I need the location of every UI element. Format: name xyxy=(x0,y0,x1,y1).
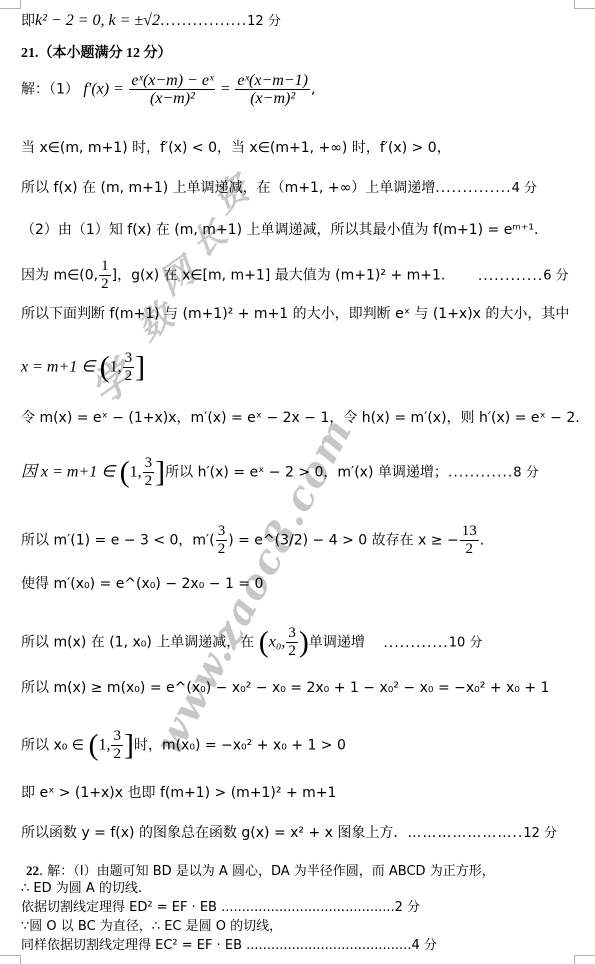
text: . 解：（Ⅰ）由题可知 BD 是以为 A 圆心，DA 为半径作圆，而 ABCD … xyxy=(39,864,495,879)
numerator: 3 xyxy=(286,625,298,643)
interval-left: 1, xyxy=(110,359,122,376)
line-k-solution: 即k² − 2 = 0, k = ±√2................12 分 xyxy=(21,12,281,31)
score-label: 8 分 xyxy=(513,466,538,481)
score-label: 12 分 xyxy=(523,826,557,841)
fraction: 32 xyxy=(143,455,155,490)
score-label: 4 分 xyxy=(411,938,436,953)
leader-dots: ............ xyxy=(448,465,513,481)
numerator: eˣ(x−m−1) xyxy=(235,72,310,90)
line-circle-o: ∵圆 O 以 BC 为直径，∴ EC 是圆 O 的切线， xyxy=(21,918,282,936)
interval-left: x₀, xyxy=(269,634,286,651)
line-monotonic-cases: 当 x∈(m, m+1) 时，f′(x) < 0，当 x∈(m+1, +∞) 时… xyxy=(21,139,451,157)
line-secant-ec-4: 同样依据切割线定理得 EC² = EF · EB ...............… xyxy=(21,937,437,955)
denominator: 2 xyxy=(143,473,155,490)
leader-dots: ................ xyxy=(160,13,247,29)
text: 所以 m′(1) = e − 3 < 0，m′( xyxy=(21,533,215,549)
leader-dots: ............ xyxy=(383,635,448,651)
line-secant-ed-2: 依据切割线定理得 ED² = EF · EB .................… xyxy=(21,899,420,917)
denominator: (x−m)² xyxy=(248,90,297,107)
numerator: 3 xyxy=(111,728,123,746)
leader-dots: ........................................ xyxy=(246,938,411,953)
line-m-range-6: 因为 m∈(0,12]，g(x) 在 x∈[m, m+1] 最大值为 (m+1)… xyxy=(21,258,569,293)
text: 即 xyxy=(21,13,35,29)
page-corner-mark-bottom-left xyxy=(0,955,21,964)
denominator: 2 xyxy=(123,368,135,385)
score-label: 12 分 xyxy=(247,14,281,29)
line-m-monotone-10: 所以 m(x) 在 (1, x₀) 上单调递减，在 (x₀,32)单调递增 ..… xyxy=(21,625,482,660)
fraction: eˣ(x−m−1)(x−m)² xyxy=(235,72,310,107)
right-bracket: ] xyxy=(155,456,165,489)
numerator: 3 xyxy=(143,455,155,473)
line-part2-min: （2）由（1）知 f(x) 在 (m, m+1) 上单调递减，所以其最小值为 f… xyxy=(21,221,539,239)
leader-dots: ………………….. xyxy=(407,825,523,841)
leader-dots: ........................................… xyxy=(221,900,395,915)
line-compare: 所以下面判断 f(m+1) 与 (m+1)² + m+1 的大小，即判断 eˣ … xyxy=(21,305,569,323)
page-corner-mark-bottom-right xyxy=(574,955,595,964)
page-corner-mark-top-right xyxy=(574,0,595,9)
text: ) = e^(3/2) − 4 > 0 故存在 x ≥ − xyxy=(228,533,459,549)
interval-left: 1, xyxy=(98,737,110,754)
problem-21-heading: 21.（本小题满分 12 分） xyxy=(21,45,172,63)
line-x-interval: x = m+1 ∈ (1,32] xyxy=(21,350,145,385)
line-problem-22: 22. 解：（Ⅰ）由题可知 BD 是以为 A 圆心，DA 为半径作圆，而 ABC… xyxy=(26,862,495,881)
left-paren: ( xyxy=(88,729,98,762)
text: 同样依据切割线定理得 EC² = EF · EB xyxy=(21,938,242,953)
fraction: 32 xyxy=(123,350,135,385)
text: 单调递增 xyxy=(309,635,365,651)
right-bracket: ] xyxy=(124,729,134,762)
denominator: 2 xyxy=(111,746,123,763)
text: 所以 h′(x) = eˣ − 2 > 0，m′(x) 单调递增； xyxy=(165,465,448,481)
interval-left: 1, xyxy=(130,464,142,481)
problem-number: 22 xyxy=(26,863,39,878)
numerator: 1 xyxy=(99,258,111,276)
right-bracket: ] xyxy=(135,351,145,384)
math-expr: x = m+1 ∈ xyxy=(21,359,95,376)
fraction: 32 xyxy=(111,728,123,763)
fraction: 12 xyxy=(99,258,111,293)
denominator: 2 xyxy=(216,541,228,558)
math-expr: f′(x) = xyxy=(83,81,124,98)
text: 时，m(x₀) = −x₀² + x₀ + 1 > 0 xyxy=(134,738,346,754)
text: 所以 m(x) 在 (1, x₀) 上单调递减，在 xyxy=(21,635,254,651)
score-label: 2 分 xyxy=(395,900,420,915)
line-inequality: 即 eˣ > (1+x)x 也即 f(m+1) > (m+1)² + m+1 xyxy=(21,784,336,802)
text: 所以 f(x) 在 (m, m+1) 上单调递减，在（m+1, +∞）上单调递增 xyxy=(21,180,435,196)
text: ]，g(x) 在 x∈[m, m+1] 最大值为 (m+1)² + m+1. xyxy=(112,268,446,284)
line-conclusion-12: 所以函数 y = f(x) 的图象总在函数 g(x) = x² + x 图象上方… xyxy=(21,824,557,843)
equals: = xyxy=(221,81,230,98)
line-tangent-ed: ∴ ED 为圆 A 的切线. xyxy=(21,880,142,898)
denominator: 2 xyxy=(99,276,111,293)
page-corner-mark-top-left xyxy=(0,0,21,9)
math-expr: k² − 2 = 0, k = ±√2 xyxy=(35,12,160,29)
line-conclusion-4: 所以 f(x) 在 (m, m+1) 上单调递减，在（m+1, +∞）上单调递增… xyxy=(21,179,537,198)
right-paren: ) xyxy=(299,626,309,659)
numerator: 3 xyxy=(216,523,228,541)
text: 因为 m∈(0, xyxy=(21,268,98,284)
text: 所以函数 y = f(x) 的图象总在函数 g(x) = x² + x 图象上方… xyxy=(21,825,407,841)
math-expr: 因 x = m+1 ∈ xyxy=(21,464,115,481)
fraction: 132 xyxy=(460,523,479,558)
line-define-m: 令 m(x) = eˣ − (1+x)x，m′(x) = eˣ − 2x − 1… xyxy=(21,409,580,427)
line-m-min-value: 所以 m(x) ≥ m(x₀) = e^(x₀) − x₀² − x₀ = 2x… xyxy=(21,679,549,697)
score-label: 6 分 xyxy=(543,269,568,284)
score-label: 10 分 xyxy=(449,636,483,651)
denominator: 2 xyxy=(286,643,298,660)
line-h-prime-8: 因 x = m+1 ∈ (1,32]所以 h′(x) = eˣ − 2 > 0，… xyxy=(21,455,539,490)
left-paren: ( xyxy=(259,626,269,659)
left-paren: ( xyxy=(120,456,130,489)
fraction: 32 xyxy=(286,625,298,660)
numerator: 3 xyxy=(123,350,135,368)
text: 依据切割线定理得 ED² = EF · EB xyxy=(21,900,217,915)
text: 解：（1） xyxy=(21,82,79,98)
left-paren: ( xyxy=(100,351,110,384)
text: . xyxy=(480,533,484,549)
line-exists-x0: 使得 m′(x₀) = e^(x₀) − 2x₀ − 1 = 0 xyxy=(21,575,263,593)
line-derivative: 解：（1） f′(x) = eˣ(x−m) − eˣ(x−m)² = eˣ(x−… xyxy=(21,72,315,107)
line-m-prime-values: 所以 m′(1) = e − 3 < 0，m′(32) = e^(3/2) − … xyxy=(21,523,484,558)
denominator: (x−m)² xyxy=(148,90,197,107)
text: 所以 x₀ ∈ xyxy=(21,738,84,754)
leader-dots: ............ xyxy=(478,268,543,284)
leader-dots: .............. xyxy=(435,180,511,196)
line-m-positive: 所以 x₀ ∈ (1,32]时，m(x₀) = −x₀² + x₀ + 1 > … xyxy=(21,728,346,763)
text: , xyxy=(311,82,315,98)
score-label: 4 分 xyxy=(512,181,537,196)
fraction: eˣ(x−m) − eˣ(x−m)² xyxy=(129,72,215,107)
fraction: 32 xyxy=(216,523,228,558)
numerator: 13 xyxy=(460,523,479,541)
denominator: 2 xyxy=(463,541,475,558)
numerator: eˣ(x−m) − eˣ xyxy=(129,72,215,90)
